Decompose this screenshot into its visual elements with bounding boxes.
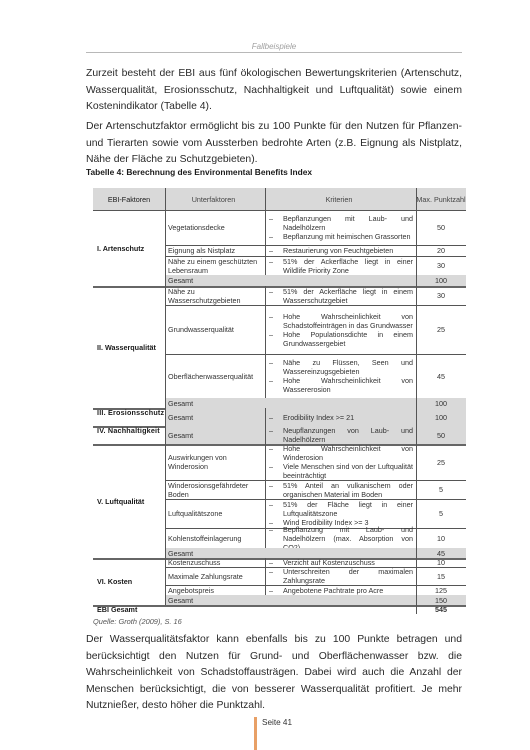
criteria-cell: –Bepflanzungen mit Laub- und Nadelhölzer… (265, 210, 416, 245)
factor-label: II. Wasserqualität (97, 343, 156, 352)
subfactor-label: Oberflächenwasserqualität (168, 372, 253, 381)
group-total-value: 150 (416, 595, 466, 605)
criteria-item: –Hohe Wahrscheinlichkeit von Winderosion (269, 444, 413, 462)
points-value: 15 (437, 572, 445, 581)
points-value: 5 (439, 485, 443, 494)
subfactor-cell: Gesamt (165, 426, 265, 444)
subfactor-cell: Oberflächenwasserqualität (165, 354, 265, 398)
criteria-text: Hohe Wahrscheinlichkeit von Wassererosio… (283, 376, 413, 394)
points-value: 30 (437, 291, 445, 300)
factor-cell: II. Wasserqualität (93, 286, 165, 408)
points-cell: 25 (416, 444, 466, 480)
points-cell: 50 (416, 210, 466, 245)
points-cell: 10 (416, 528, 466, 548)
points-value: 25 (437, 458, 445, 467)
criteria-text: Neupflanzungen von Laub- und Nadelhölzer… (283, 426, 413, 444)
paragraph-intro: Zurzeit besteht der EBI aus fünf ökologi… (86, 66, 462, 116)
subfactor-label: Kohlenstoffeinlagerung (168, 534, 241, 543)
points-cell: 5 (416, 499, 466, 528)
criteria-cell: –51% der Ackerfläche liegt in einem Wass… (265, 286, 416, 305)
points-value: 50 (437, 431, 445, 440)
factor-cell: IV. Nachhaltigkeit (93, 426, 165, 444)
criteria-list: –51% Anteil an vulkanischem oder organis… (269, 481, 413, 499)
criteria-item: –Bepflanzungen mit Laub- und Nadelhölzer… (269, 214, 413, 232)
paragraph-wasserqualitaet: Der Wasserqualitätsfaktor kann ebenfalls… (86, 632, 462, 715)
points-value: 100 (435, 413, 447, 422)
subfactor-cell: Kostenzuschuss (165, 558, 265, 567)
group-total-label: Gesamt (165, 275, 416, 286)
table-caption: Tabelle 4: Berechnung des Environmental … (86, 167, 312, 177)
subfactor-label: Eignung als Nistplatz (168, 246, 235, 255)
group-total-label: Gesamt (165, 398, 416, 408)
points-value: 45 (437, 372, 445, 381)
grand-total-label-text: EBI Gesamt (97, 605, 137, 614)
criteria-cell: –Erodibility Index >= 21 (265, 408, 416, 426)
total-value: 45 (437, 549, 445, 558)
points-value: 25 (437, 325, 445, 334)
criteria-cell: –Unterschreiten der maximalen Zahlungsra… (265, 567, 416, 585)
total-label: Gesamt (168, 596, 193, 605)
factor-label: III. Erosionsschutz (97, 409, 165, 418)
criteria-cell: –Neupflanzungen von Laub- und Nadelhölze… (265, 426, 416, 444)
dash-bullet-icon: – (269, 358, 283, 376)
criteria-item: –Viele Menschen sind von der Luftqualitä… (269, 462, 413, 480)
criteria-item: –Hohe Populationsdichte in einem Grundwa… (269, 330, 413, 348)
criteria-text: Viele Menschen sind von der Luftqualität… (283, 462, 413, 480)
subfactor-label: Gesamt (168, 431, 193, 440)
dash-bullet-icon: – (269, 246, 283, 255)
factor-label: I. Artenschutz (97, 244, 144, 253)
criteria-item: –Verzicht auf Kostenzuschuss (269, 558, 413, 567)
dash-bullet-icon: – (269, 232, 283, 241)
dash-bullet-icon: – (269, 413, 283, 422)
factor-label: VI. Kosten (97, 577, 132, 586)
tab-header-criteria: Kriterien (265, 188, 416, 210)
points-cell: 10 (416, 558, 466, 567)
subfactor-cell: Grundwasserqualität (165, 305, 265, 354)
criteria-cell: –Nähe zu Flüssen, Seen und Wassereinzugs… (265, 354, 416, 398)
criteria-list: –Erodibility Index >= 21 (269, 413, 413, 422)
dash-bullet-icon: – (269, 376, 283, 394)
criteria-list: –Hohe Wahrscheinlichkeit von Winderosion… (269, 444, 413, 480)
dash-bullet-icon: – (269, 330, 283, 348)
paragraph-artenschutz: Der Artenschutzfaktor ermöglicht bis zu … (86, 119, 462, 169)
dash-bullet-icon: – (269, 567, 283, 585)
criteria-item: –Unterschreiten der maximalen Zahlungsra… (269, 567, 413, 585)
points-cell: 125 (416, 585, 466, 595)
points-value: 20 (437, 246, 445, 255)
criteria-item: –51% der Ackerfläche liegt in einem Wass… (269, 287, 413, 305)
page-number: Seite 41 (262, 718, 292, 727)
criteria-list: –Nähe zu Flüssen, Seen und Wassereinzugs… (269, 358, 413, 394)
criteria-text: Bepflanzung mit heimischen Grassorten (283, 232, 413, 241)
tab-header-subfactor: Unterfaktoren (165, 188, 265, 210)
subfactor-label: Nähe zu Wasserschutzgebieten (168, 287, 262, 305)
group-total-value: 100 (416, 275, 466, 286)
column-header: Kriterien (326, 195, 353, 204)
criteria-cell: –Bepflanzung mit Laub- und Nadelhölzern … (265, 528, 416, 548)
criteria-cell: –Hohe Wahrscheinlichkeit von Winderosion… (265, 444, 416, 480)
dash-bullet-icon: – (269, 444, 283, 462)
criteria-cell: –Angebotene Pachtrate pro Acre (265, 585, 416, 595)
points-value: 125 (435, 586, 447, 595)
subfactor-cell: Nähe zu Wasserschutzgebieten (165, 286, 265, 305)
points-value: 50 (437, 223, 445, 232)
factor-cell: V. Luftqualität (93, 444, 165, 558)
group-total-label: Gesamt (165, 548, 416, 558)
subfactor-label: Maximale Zahlungsrate (168, 572, 243, 581)
subfactor-cell: Winderosionsgefährdeter Boden (165, 480, 265, 499)
column-header: Max. Punktzahl (416, 195, 465, 204)
grand-total-value-text: 545 (435, 605, 447, 614)
criteria-text: Erodibility Index >= 21 (283, 413, 413, 422)
criteria-item: –Nähe zu Flüssen, Seen und Wassereinzugs… (269, 358, 413, 376)
factor-label: V. Luftqualität (97, 497, 144, 506)
criteria-text: 51% der Ackerfläche liegt in einer Wildl… (283, 257, 413, 275)
criteria-text: Restaurierung von Feuchtgebieten (283, 246, 413, 255)
criteria-text: Hohe Wahrscheinlichkeit von Schadstoffei… (283, 312, 413, 330)
criteria-list: –Neupflanzungen von Laub- und Nadelhölze… (269, 426, 413, 444)
points-cell: 50 (416, 426, 466, 444)
group-total-value: 45 (416, 548, 466, 558)
column-header: Unterfaktoren (192, 195, 236, 204)
criteria-text: Nähe zu Flüssen, Seen und Wassereinzugsg… (283, 358, 413, 376)
dash-bullet-icon: – (269, 257, 283, 275)
points-value: 10 (437, 534, 445, 543)
subfactor-label: Vegetationsdecke (168, 223, 225, 232)
dash-bullet-icon: – (269, 312, 283, 330)
criteria-item: –Hohe Wahrscheinlichkeit von Schadstoffe… (269, 312, 413, 330)
subfactor-cell: Eignung als Nistplatz (165, 245, 265, 256)
points-value: 30 (437, 261, 445, 270)
group-total-label: Gesamt (165, 595, 416, 605)
factor-label: IV. Nachhaltigkeit (97, 427, 165, 436)
table-source: Quelle: Groth (2009), S. 16 (93, 617, 182, 626)
criteria-item: –51% Anteil an vulkanischem oder organis… (269, 481, 413, 499)
points-cell: 15 (416, 567, 466, 585)
criteria-cell: –Hohe Wahrscheinlichkeit von Schadstoffe… (265, 305, 416, 354)
subfactor-cell: Nähe zu einem geschützten Lebensraum (165, 256, 265, 275)
total-value: 100 (435, 399, 447, 408)
subfactor-label: Kostenzuschuss (168, 558, 220, 567)
criteria-text: Unterschreiten der maximalen Zahlungsrat… (283, 567, 413, 585)
dash-bullet-icon: – (269, 462, 283, 480)
criteria-item: –Erodibility Index >= 21 (269, 413, 413, 422)
points-cell: 25 (416, 305, 466, 354)
criteria-list: –51% der Fläche liegt in einer Luftquali… (269, 500, 413, 527)
subfactor-label: Grundwasserqualität (168, 325, 234, 334)
criteria-list: –51% der Ackerfläche liegt in einem Wass… (269, 287, 413, 305)
points-cell: 20 (416, 245, 466, 256)
criteria-text: Hohe Wahrscheinlichkeit von Winderosion (283, 444, 413, 462)
grand-total-value: 545 (416, 605, 466, 614)
points-cell: 30 (416, 256, 466, 275)
points-cell: 5 (416, 480, 466, 499)
dash-bullet-icon: – (269, 481, 283, 499)
criteria-item: –51% der Ackerfläche liegt in einer Wild… (269, 257, 413, 275)
criteria-text: Verzicht auf Kostenzuschuss (283, 558, 413, 567)
criteria-item: –Hohe Wahrscheinlichkeit von Wassererosi… (269, 376, 413, 394)
criteria-text: 51% der Ackerfläche liegt in einem Wasse… (283, 287, 413, 305)
subfactor-label: Gesamt (168, 413, 193, 422)
tab-header-factor: EBI-Faktoren (93, 188, 165, 210)
criteria-text: 51% der Fläche liegt in einer Luftqualit… (283, 500, 413, 518)
total-label: Gesamt (168, 276, 193, 285)
points-value: 5 (439, 509, 443, 518)
factor-cell: I. Artenschutz (93, 210, 165, 286)
total-label: Gesamt (168, 549, 193, 558)
criteria-list: –Verzicht auf Kostenzuschuss (269, 558, 413, 567)
dash-bullet-icon: – (269, 500, 283, 518)
points-cell: 30 (416, 286, 466, 305)
header-rule (86, 52, 462, 53)
criteria-list: –Unterschreiten der maximalen Zahlungsra… (269, 567, 413, 585)
criteria-list: –Hohe Wahrscheinlichkeit von Schadstoffe… (269, 312, 413, 348)
subfactor-cell: Luftqualitätszone (165, 499, 265, 528)
criteria-item: –Neupflanzungen von Laub- und Nadelhölze… (269, 426, 413, 444)
grand-total-label: EBI Gesamt (93, 605, 416, 614)
criteria-list: –Restaurierung von Feuchtgebieten (269, 246, 413, 255)
total-value: 150 (435, 596, 447, 605)
points-value: 10 (437, 558, 445, 567)
subfactor-label: Luftqualitätszone (168, 509, 222, 518)
criteria-list: –51% der Ackerfläche liegt in einer Wild… (269, 257, 413, 275)
dash-bullet-icon: – (269, 214, 283, 232)
subfactor-cell: Maximale Zahlungsrate (165, 567, 265, 585)
criteria-cell: –51% Anteil an vulkanischem oder organis… (265, 480, 416, 499)
subfactor-label: Auswirkungen von Winderosion (168, 453, 262, 471)
total-label: Gesamt (168, 399, 193, 408)
column-header: EBI-Faktoren (108, 195, 150, 204)
subfactor-cell: Gesamt (165, 408, 265, 426)
subfactor-cell: Kohlenstoffeinlagerung (165, 528, 265, 548)
criteria-text: Angebotene Pachtrate pro Acre (283, 586, 413, 595)
criteria-text: Hohe Populationsdichte in einem Grundwas… (283, 330, 413, 348)
points-cell: 45 (416, 354, 466, 398)
criteria-item: –51% der Fläche liegt in einer Luftquali… (269, 500, 413, 518)
criteria-list: –Angebotene Pachtrate pro Acre (269, 586, 413, 595)
subfactor-cell: Auswirkungen von Winderosion (165, 444, 265, 480)
criteria-item: –Angebotene Pachtrate pro Acre (269, 586, 413, 595)
total-value: 100 (435, 276, 447, 285)
criteria-text: Bepflanzungen mit Laub- und Nadelhölzern (283, 214, 413, 232)
dash-bullet-icon: – (269, 586, 283, 595)
points-cell: 100 (416, 408, 466, 426)
running-head: Fallbeispiele (86, 42, 462, 51)
criteria-cell: –51% der Ackerfläche liegt in einer Wild… (265, 256, 416, 275)
criteria-item: –Bepflanzung mit heimischen Grassorten (269, 232, 413, 241)
criteria-list: –Bepflanzungen mit Laub- und Nadelhölzer… (269, 214, 413, 241)
criteria-cell: –Restaurierung von Feuchtgebieten (265, 245, 416, 256)
criteria-item: –Restaurierung von Feuchtgebieten (269, 246, 413, 255)
subfactor-cell: Angebotspreis (165, 585, 265, 595)
subfactor-cell: Vegetationsdecke (165, 210, 265, 245)
criteria-cell: –Verzicht auf Kostenzuschuss (265, 558, 416, 567)
dash-bullet-icon: – (269, 287, 283, 305)
factor-cell: III. Erosionsschutz (93, 408, 165, 426)
group-total-value: 100 (416, 398, 466, 408)
tab-header-points: Max. Punktzahl (416, 188, 466, 210)
subfactor-label: Winderosionsgefährdeter Boden (168, 481, 262, 499)
dash-bullet-icon: – (269, 426, 283, 444)
factor-cell: VI. Kosten (93, 558, 165, 605)
footer-accent-bar (254, 717, 257, 750)
subfactor-label: Angebotspreis (168, 586, 214, 595)
dash-bullet-icon: – (269, 558, 283, 567)
criteria-text: 51% Anteil an vulkanischem oder organisc… (283, 481, 413, 499)
subfactor-label: Nähe zu einem geschützten Lebensraum (168, 257, 262, 275)
